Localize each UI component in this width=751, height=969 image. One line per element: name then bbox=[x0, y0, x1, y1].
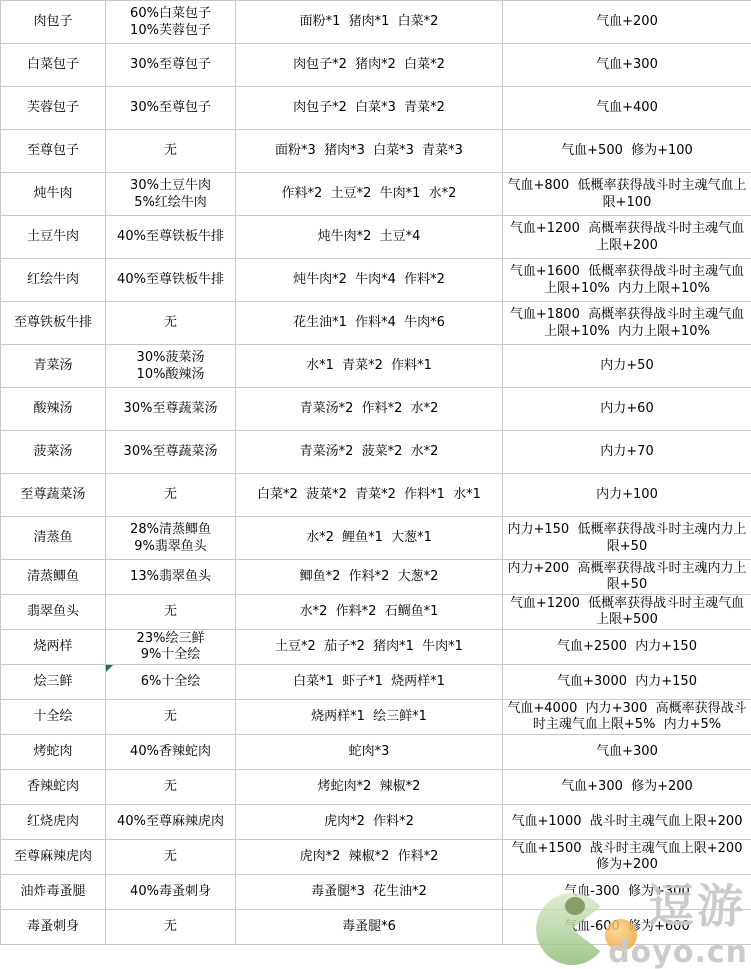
upgrade-chance: 40%香辣蛇肉 bbox=[130, 744, 211, 759]
effect-cell: 气血+300 bbox=[503, 735, 751, 770]
upgrade-chance: 30%至尊包子 bbox=[130, 57, 211, 72]
upgrade-chance: 60%白菜包子 10%芙蓉包子 bbox=[130, 6, 211, 38]
ingredients-cell: 水*2 作料*2 石鲷鱼*1 bbox=[236, 595, 503, 630]
recipe-name-cell: 翡翠鱼头 bbox=[1, 595, 106, 630]
effect-cell: 气血-300 修为+300 bbox=[503, 875, 751, 910]
ingredients: 毒蚤腿*6 bbox=[342, 919, 396, 934]
ingredients-cell: 水*1 青菜*2 作料*1 bbox=[236, 345, 503, 388]
table-row: 酸辣汤 30%至尊蔬菜汤 青菜汤*2 作料*2 水*2 内力+60 bbox=[1, 388, 751, 431]
effect: 气血+1500 战斗时主魂气血上限+200 修为+200 bbox=[512, 841, 751, 872]
recipe-name-cell: 芙蓉包子 bbox=[1, 87, 106, 130]
table-row: 十全绘 无 烧两样*1 绘三鲜*1 气血+4000 内力+300 高概率获得战斗… bbox=[1, 700, 751, 735]
effect: 气血+1200 高概率获得战斗时主魂气血上限+200 bbox=[510, 221, 744, 253]
effect: 内力+50 bbox=[600, 358, 653, 373]
upgrade-chance: 无 bbox=[164, 849, 177, 864]
ingredients: 水*2 鲤鱼*1 大葱*1 bbox=[306, 530, 432, 545]
table-row: 肉包子 60%白菜包子 10%芙蓉包子 面粉*1 猪肉*1 白菜*2 气血+20… bbox=[1, 1, 751, 44]
upgrade-chance: 无 bbox=[164, 315, 177, 330]
upgrade-chance: 23%绘三鲜 9%十全绘 bbox=[137, 631, 205, 662]
upgrade-chance-cell: 23%绘三鲜 9%十全绘 bbox=[106, 630, 236, 665]
ingredients-cell: 面粉*3 猪肉*3 白菜*3 青菜*3 bbox=[236, 130, 503, 173]
effect: 气血+300 bbox=[596, 744, 658, 759]
ingredients: 白菜*1 虾子*1 烧两样*1 bbox=[293, 674, 445, 689]
upgrade-chance: 40%至尊铁板牛排 bbox=[117, 229, 224, 244]
effect: 气血+1800 高概率获得战斗时主魂气血上限+10% 内力上限+10% bbox=[510, 307, 744, 339]
effect-cell: 气血+200 bbox=[503, 1, 751, 44]
ingredients: 作料*2 土豆*2 牛肉*1 水*2 bbox=[282, 186, 457, 201]
effect-cell: 气血+1200 低概率获得战斗时主魂气血上限+500 bbox=[503, 595, 751, 630]
recipe-name-cell: 红烧虎肉 bbox=[1, 805, 106, 840]
upgrade-chance-cell: 40%毒蚤刺身 bbox=[106, 875, 236, 910]
ingredients-cell: 肉包子*2 猪肉*2 白菜*2 bbox=[236, 44, 503, 87]
ingredients: 水*2 作料*2 石鲷鱼*1 bbox=[300, 604, 439, 619]
ingredients-cell: 烧两样*1 绘三鲜*1 bbox=[236, 700, 503, 735]
ingredients-cell: 虎肉*2 辣椒*2 作料*2 bbox=[236, 840, 503, 875]
upgrade-chance-cell: 60%白菜包子 10%芙蓉包子 bbox=[106, 1, 236, 44]
effect: 气血+200 bbox=[596, 14, 658, 29]
upgrade-chance: 6%十全绘 bbox=[141, 674, 201, 689]
effect: 气血+300 bbox=[596, 57, 658, 72]
upgrade-chance: 30%至尊蔬菜汤 bbox=[124, 401, 218, 416]
upgrade-chance-cell: 40%至尊铁板牛排 bbox=[106, 216, 236, 259]
table-row: 菠菜汤 30%至尊蔬菜汤 青菜汤*2 菠菜*2 水*2 内力+70 bbox=[1, 431, 751, 474]
ingredients-cell: 作料*2 土豆*2 牛肉*1 水*2 bbox=[236, 173, 503, 216]
recipe-name: 烧两样 bbox=[33, 639, 72, 654]
table-row: 红绘牛肉 40%至尊铁板牛排 炖牛肉*2 牛肉*4 作料*2 气血+1600 低… bbox=[1, 259, 751, 302]
table-row: 红烧虎肉 40%至尊麻辣虎肉 虎肉*2 作料*2 气血+1000 战斗时主魂气血… bbox=[1, 805, 751, 840]
recipe-name: 十全绘 bbox=[33, 709, 72, 724]
recipe-name-cell: 至尊麻辣虎肉 bbox=[1, 840, 106, 875]
ingredients-cell: 烤蛇肉*2 辣椒*2 bbox=[236, 770, 503, 805]
effect-cell: 气血+1000 战斗时主魂气血上限+200 bbox=[503, 805, 751, 840]
table-row: 至尊铁板牛排 无 花生油*1 作料*4 牛肉*6 气血+1800 高概率获得战斗… bbox=[1, 302, 751, 345]
table-row: 烤蛇肉 40%香辣蛇肉 蛇肉*3 气血+300 bbox=[1, 735, 751, 770]
recipe-name: 土豆牛肉 bbox=[27, 229, 79, 244]
ingredients-cell: 鲫鱼*2 作料*2 大葱*2 bbox=[236, 560, 503, 595]
ingredients: 炖牛肉*2 牛肉*4 作料*2 bbox=[293, 272, 445, 287]
table-row: 油炸毒蚤腿 40%毒蚤刺身 毒蚤腿*3 花生油*2 气血-300 修为+300 bbox=[1, 875, 751, 910]
upgrade-chance-cell: 40%至尊铁板牛排 bbox=[106, 259, 236, 302]
upgrade-chance-cell: 30%至尊包子 bbox=[106, 87, 236, 130]
upgrade-chance-cell: 无 bbox=[106, 840, 236, 875]
effect-cell: 气血+500 修为+100 bbox=[503, 130, 751, 173]
recipe-name-cell: 土豆牛肉 bbox=[1, 216, 106, 259]
effect: 气血+500 修为+100 bbox=[561, 143, 693, 158]
ingredients: 蛇肉*3 bbox=[349, 744, 390, 759]
recipe-name-cell: 至尊铁板牛排 bbox=[1, 302, 106, 345]
upgrade-chance-cell: 13%翡翠鱼头 bbox=[106, 560, 236, 595]
table-row: 至尊麻辣虎肉 无 虎肉*2 辣椒*2 作料*2 气血+1500 战斗时主魂气血上… bbox=[1, 840, 751, 875]
effect: 气血+2500 内力+150 bbox=[557, 639, 697, 654]
recipe-name: 至尊铁板牛排 bbox=[14, 315, 92, 330]
effect-cell: 内力+150 低概率获得战斗时主魂内力上限+50 bbox=[503, 517, 751, 560]
upgrade-chance: 无 bbox=[164, 487, 177, 502]
effect-cell: 气血+300 bbox=[503, 44, 751, 87]
ingredients-cell: 青菜汤*2 菠菜*2 水*2 bbox=[236, 431, 503, 474]
upgrade-chance: 28%清蒸鲫鱼 9%翡翠鱼头 bbox=[130, 522, 211, 554]
table-row: 青菜汤 30%菠菜汤 10%酸辣汤 水*1 青菜*2 作料*1 内力+50 bbox=[1, 345, 751, 388]
ingredients-cell: 花生油*1 作料*4 牛肉*6 bbox=[236, 302, 503, 345]
recipe-name-cell: 清蒸鱼 bbox=[1, 517, 106, 560]
ingredients: 鲫鱼*2 作料*2 大葱*2 bbox=[300, 569, 439, 584]
table-row: 香辣蛇肉 无 烤蛇肉*2 辣椒*2 气血+300 修为+200 bbox=[1, 770, 751, 805]
upgrade-chance: 40%至尊铁板牛排 bbox=[117, 272, 224, 287]
ingredients-cell: 水*2 鲤鱼*1 大葱*1 bbox=[236, 517, 503, 560]
effect: 气血+400 bbox=[596, 100, 658, 115]
recipe-name: 清蒸鱼 bbox=[33, 530, 72, 545]
recipe-name: 红绘牛肉 bbox=[27, 272, 79, 287]
recipe-name-cell: 炖牛肉 bbox=[1, 173, 106, 216]
ingredients: 炖牛肉*2 土豆*4 bbox=[318, 229, 421, 244]
effect: 气血+300 修为+200 bbox=[561, 779, 693, 794]
ingredients: 烤蛇肉*2 辣椒*2 bbox=[318, 779, 421, 794]
recipe-table: 肉包子 60%白菜包子 10%芙蓉包子 面粉*1 猪肉*1 白菜*2 气血+20… bbox=[0, 0, 751, 945]
recipe-name-cell: 油炸毒蚤腿 bbox=[1, 875, 106, 910]
effect: 气血-300 修为+300 bbox=[564, 884, 689, 899]
ingredients: 虎肉*2 作料*2 bbox=[324, 814, 414, 829]
upgrade-chance-cell: 无 bbox=[106, 302, 236, 345]
recipe-name: 香辣蛇肉 bbox=[27, 779, 79, 794]
recipe-name-cell: 毒蚤刺身 bbox=[1, 910, 106, 945]
effect: 内力+60 bbox=[600, 401, 653, 416]
upgrade-chance-cell: 无 bbox=[106, 700, 236, 735]
ingredients: 面粉*3 猪肉*3 白菜*3 青菜*3 bbox=[275, 143, 463, 158]
ingredients: 虎肉*2 辣椒*2 作料*2 bbox=[300, 849, 439, 864]
recipe-name-cell: 酸辣汤 bbox=[1, 388, 106, 431]
recipe-name: 至尊包子 bbox=[27, 143, 79, 158]
recipe-name-cell: 清蒸鲫鱼 bbox=[1, 560, 106, 595]
table-row: 白菜包子 30%至尊包子 肉包子*2 猪肉*2 白菜*2 气血+300 bbox=[1, 44, 751, 87]
recipe-name-cell: 红绘牛肉 bbox=[1, 259, 106, 302]
recipe-name: 烤蛇肉 bbox=[33, 744, 72, 759]
ingredients-cell: 肉包子*2 白菜*3 青菜*2 bbox=[236, 87, 503, 130]
comment-marker-icon bbox=[106, 665, 113, 672]
recipe-name: 油炸毒蚤腿 bbox=[20, 884, 85, 899]
recipe-name-cell: 青菜汤 bbox=[1, 345, 106, 388]
ingredients: 肉包子*2 猪肉*2 白菜*2 bbox=[293, 57, 445, 72]
ingredients: 毒蚤腿*3 花生油*2 bbox=[311, 884, 427, 899]
effect-cell: 气血+1600 低概率获得战斗时主魂气血上限+10% 内力上限+10% bbox=[503, 259, 751, 302]
recipe-name-cell: 白菜包子 bbox=[1, 44, 106, 87]
effect: 气血-600 修为+600 bbox=[564, 919, 689, 934]
effect-cell: 气血+300 修为+200 bbox=[503, 770, 751, 805]
ingredients-cell: 炖牛肉*2 土豆*4 bbox=[236, 216, 503, 259]
recipe-name-cell: 肉包子 bbox=[1, 1, 106, 44]
table-row: 至尊包子 无 面粉*3 猪肉*3 白菜*3 青菜*3 气血+500 修为+100 bbox=[1, 130, 751, 173]
recipe-name: 至尊麻辣虎肉 bbox=[14, 849, 92, 864]
ingredients: 青菜汤*2 作料*2 水*2 bbox=[300, 401, 439, 416]
ingredients: 土豆*2 茄子*2 猪肉*1 牛肉*1 bbox=[275, 639, 463, 654]
effect-cell: 气血+800 低概率获得战斗时主魂气血上限+100 bbox=[503, 173, 751, 216]
effect: 气血+1200 低概率获得战斗时主魂气血上限+500 bbox=[510, 596, 744, 627]
effect-cell: 内力+70 bbox=[503, 431, 751, 474]
upgrade-chance-cell: 40%至尊麻辣虎肉 bbox=[106, 805, 236, 840]
ingredients-cell: 炖牛肉*2 牛肉*4 作料*2 bbox=[236, 259, 503, 302]
upgrade-chance-cell: 无 bbox=[106, 595, 236, 630]
effect: 气血+3000 内力+150 bbox=[557, 674, 697, 689]
table-row: 炖牛肉 30%土豆牛肉 5%红绘牛肉 作料*2 土豆*2 牛肉*1 水*2 气血… bbox=[1, 173, 751, 216]
upgrade-chance-cell: 30%至尊包子 bbox=[106, 44, 236, 87]
recipe-name: 烩三鲜 bbox=[33, 674, 72, 689]
ingredients-cell: 毒蚤腿*3 花生油*2 bbox=[236, 875, 503, 910]
recipe-name: 肉包子 bbox=[33, 14, 72, 29]
recipe-name: 白菜包子 bbox=[27, 57, 79, 72]
recipe-table-screenshot: 肉包子 60%白菜包子 10%芙蓉包子 面粉*1 猪肉*1 白菜*2 气血+20… bbox=[0, 0, 751, 969]
effect-cell: 气血-600 修为+600 bbox=[503, 910, 751, 945]
ingredients-cell: 土豆*2 茄子*2 猪肉*1 牛肉*1 bbox=[236, 630, 503, 665]
upgrade-chance-cell: 30%至尊蔬菜汤 bbox=[106, 388, 236, 431]
effect: 内力+150 低概率获得战斗时主魂内力上限+50 bbox=[508, 522, 747, 554]
table-row: 烧两样 23%绘三鲜 9%十全绘 土豆*2 茄子*2 猪肉*1 牛肉*1 气血+… bbox=[1, 630, 751, 665]
ingredients: 水*1 青菜*2 作料*1 bbox=[306, 358, 432, 373]
upgrade-chance: 无 bbox=[164, 143, 177, 158]
recipe-name: 青菜汤 bbox=[33, 358, 72, 373]
recipe-name: 酸辣汤 bbox=[33, 401, 72, 416]
table-row: 清蒸鱼 28%清蒸鲫鱼 9%翡翠鱼头 水*2 鲤鱼*1 大葱*1 内力+150 … bbox=[1, 517, 751, 560]
ingredients: 面粉*1 猪肉*1 白菜*2 bbox=[300, 14, 439, 29]
effect-cell: 内力+200 高概率获得战斗时主魂内力上限+50 bbox=[503, 560, 751, 595]
effect-cell: 气血+2500 内力+150 bbox=[503, 630, 751, 665]
effect: 气血+800 低概率获得战斗时主魂气血上限+100 bbox=[508, 178, 747, 210]
recipe-name-cell: 至尊包子 bbox=[1, 130, 106, 173]
ingredients-cell: 白菜*2 菠菜*2 青菜*2 作料*1 水*1 bbox=[236, 474, 503, 517]
effect-cell: 内力+100 bbox=[503, 474, 751, 517]
recipe-name-cell: 十全绘 bbox=[1, 700, 106, 735]
upgrade-chance: 30%至尊包子 bbox=[130, 100, 211, 115]
ingredients-cell: 蛇肉*3 bbox=[236, 735, 503, 770]
upgrade-chance-cell: 无 bbox=[106, 130, 236, 173]
recipe-name: 炖牛肉 bbox=[33, 186, 72, 201]
recipe-table-body: 肉包子 60%白菜包子 10%芙蓉包子 面粉*1 猪肉*1 白菜*2 气血+20… bbox=[1, 1, 751, 945]
recipe-name: 红烧虎肉 bbox=[27, 814, 79, 829]
table-row: 翡翠鱼头 无 水*2 作料*2 石鲷鱼*1 气血+1200 低概率获得战斗时主魂… bbox=[1, 595, 751, 630]
upgrade-chance: 40%毒蚤刺身 bbox=[130, 884, 211, 899]
effect: 气血+1000 战斗时主魂气血上限+200 bbox=[512, 814, 743, 829]
upgrade-chance-cell: 30%菠菜汤 10%酸辣汤 bbox=[106, 345, 236, 388]
table-row: 烩三鲜 6%十全绘 白菜*1 虾子*1 烧两样*1 气血+3000 内力+150 bbox=[1, 665, 751, 700]
effect-cell: 气血+1200 高概率获得战斗时主魂气血上限+200 bbox=[503, 216, 751, 259]
ingredients-cell: 毒蚤腿*6 bbox=[236, 910, 503, 945]
recipe-name-cell: 烩三鲜 bbox=[1, 665, 106, 700]
upgrade-chance: 无 bbox=[164, 604, 177, 619]
ingredients: 烧两样*1 绘三鲜*1 bbox=[311, 709, 427, 724]
effect: 气血+4000 内力+300 高概率获得战斗时主魂气血上限+5% 内力+5% bbox=[507, 701, 746, 732]
effect-cell: 气血+1500 战斗时主魂气血上限+200 修为+200 bbox=[503, 840, 751, 875]
ingredients: 肉包子*2 白菜*3 青菜*2 bbox=[293, 100, 445, 115]
upgrade-chance-cell: 30%土豆牛肉 5%红绘牛肉 bbox=[106, 173, 236, 216]
ingredients-cell: 白菜*1 虾子*1 烧两样*1 bbox=[236, 665, 503, 700]
recipe-name-cell: 香辣蛇肉 bbox=[1, 770, 106, 805]
recipe-name-cell: 烧两样 bbox=[1, 630, 106, 665]
table-row: 毒蚤刺身 无 毒蚤腿*6 气血-600 修为+600 bbox=[1, 910, 751, 945]
table-row: 至尊蔬菜汤 无 白菜*2 菠菜*2 青菜*2 作料*1 水*1 内力+100 bbox=[1, 474, 751, 517]
recipe-name-cell: 烤蛇肉 bbox=[1, 735, 106, 770]
recipe-name-cell: 菠菜汤 bbox=[1, 431, 106, 474]
upgrade-chance: 无 bbox=[164, 709, 177, 724]
upgrade-chance: 30%菠菜汤 10%酸辣汤 bbox=[137, 350, 205, 382]
upgrade-chance-cell: 40%香辣蛇肉 bbox=[106, 735, 236, 770]
upgrade-chance-cell: 无 bbox=[106, 474, 236, 517]
upgrade-chance: 13%翡翠鱼头 bbox=[130, 569, 211, 584]
ingredients: 花生油*1 作料*4 牛肉*6 bbox=[293, 315, 445, 330]
effect-cell: 气血+4000 内力+300 高概率获得战斗时主魂气血上限+5% 内力+5% bbox=[503, 700, 751, 735]
recipe-name: 至尊蔬菜汤 bbox=[20, 487, 85, 502]
effect-cell: 内力+60 bbox=[503, 388, 751, 431]
recipe-name-cell: 至尊蔬菜汤 bbox=[1, 474, 106, 517]
effect-cell: 气血+3000 内力+150 bbox=[503, 665, 751, 700]
effect-cell: 气血+1800 高概率获得战斗时主魂气血上限+10% 内力上限+10% bbox=[503, 302, 751, 345]
upgrade-chance-cell: 28%清蒸鲫鱼 9%翡翠鱼头 bbox=[106, 517, 236, 560]
upgrade-chance-cell: 30%至尊蔬菜汤 bbox=[106, 431, 236, 474]
upgrade-chance: 30%至尊蔬菜汤 bbox=[124, 444, 218, 459]
recipe-name: 芙蓉包子 bbox=[27, 100, 79, 115]
recipe-name: 翡翠鱼头 bbox=[27, 604, 79, 619]
effect-cell: 气血+400 bbox=[503, 87, 751, 130]
upgrade-chance: 40%至尊麻辣虎肉 bbox=[117, 814, 224, 829]
upgrade-chance-cell: 无 bbox=[106, 910, 236, 945]
upgrade-chance-cell: 无 bbox=[106, 770, 236, 805]
table-row: 芙蓉包子 30%至尊包子 肉包子*2 白菜*3 青菜*2 气血+400 bbox=[1, 87, 751, 130]
ingredients-cell: 面粉*1 猪肉*1 白菜*2 bbox=[236, 1, 503, 44]
upgrade-chance: 无 bbox=[164, 919, 177, 934]
recipe-name: 清蒸鲫鱼 bbox=[27, 569, 79, 584]
ingredients-cell: 青菜汤*2 作料*2 水*2 bbox=[236, 388, 503, 431]
upgrade-chance-cell: 6%十全绘 bbox=[106, 665, 236, 700]
upgrade-chance: 30%土豆牛肉 5%红绘牛肉 bbox=[130, 178, 211, 210]
ingredients-cell: 虎肉*2 作料*2 bbox=[236, 805, 503, 840]
effect: 内力+100 bbox=[596, 487, 658, 502]
table-row: 清蒸鲫鱼 13%翡翠鱼头 鲫鱼*2 作料*2 大葱*2 内力+200 高概率获得… bbox=[1, 560, 751, 595]
upgrade-chance: 无 bbox=[164, 779, 177, 794]
recipe-name: 菠菜汤 bbox=[33, 444, 72, 459]
effect: 内力+200 高概率获得战斗时主魂内力上限+50 bbox=[508, 561, 747, 592]
effect: 气血+1600 低概率获得战斗时主魂气血上限+10% 内力上限+10% bbox=[510, 264, 744, 296]
recipe-name: 毒蚤刺身 bbox=[27, 919, 79, 934]
effect: 内力+70 bbox=[600, 444, 653, 459]
effect-cell: 内力+50 bbox=[503, 345, 751, 388]
ingredients: 青菜汤*2 菠菜*2 水*2 bbox=[300, 444, 439, 459]
table-row: 土豆牛肉 40%至尊铁板牛排 炖牛肉*2 土豆*4 气血+1200 高概率获得战… bbox=[1, 216, 751, 259]
ingredients: 白菜*2 菠菜*2 青菜*2 作料*1 水*1 bbox=[257, 487, 481, 502]
